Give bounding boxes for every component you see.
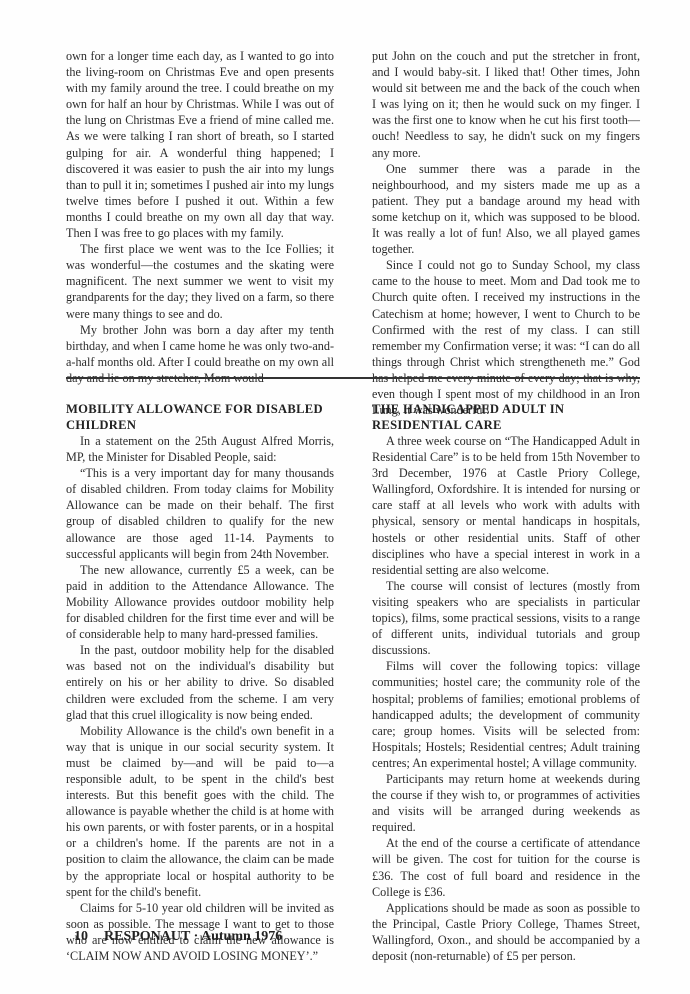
section-divider: [66, 377, 640, 379]
article-paragraph: “This is a very important day for many t…: [66, 465, 334, 562]
story-paragraph: Since I could not go to Sunday School, m…: [372, 257, 640, 418]
story-column-right: put John on the couch and put the stretc…: [372, 48, 640, 418]
page-footer: 10RESPONAUT · Autumn 1976: [74, 929, 282, 945]
article-paragraph: The new allowance, currently £5 a week, …: [66, 562, 334, 642]
article-heading: MOBILITY ALLOWANCE FOR DISABLED CHILDREN: [66, 401, 334, 433]
article-paragraph: At the end of the course a certificate o…: [372, 835, 640, 899]
article-paragraph: A three week course on “The Handicapped …: [372, 433, 640, 578]
article-paragraph: Mobility Allowance is the child's own be…: [66, 723, 334, 900]
page-number: 10: [74, 929, 104, 945]
article-paragraph: In a statement on the 25th August Alfred…: [66, 433, 334, 465]
story-paragraph: One summer there was a parade in the nei…: [372, 161, 640, 258]
article-paragraph: Applications should be made as soon as p…: [372, 900, 640, 964]
mobility-allowance-article: MOBILITY ALLOWANCE FOR DISABLED CHILDREN…: [66, 401, 334, 964]
story-column-left: own for a longer time each day, as I wan…: [66, 48, 334, 386]
story-paragraph: own for a longer time each day, as I wan…: [66, 48, 334, 241]
story-paragraph: The first place we went was to the Ice F…: [66, 241, 334, 321]
article-paragraph: Films will cover the following topics: v…: [372, 658, 640, 771]
publication-line: RESPONAUT · Autumn 1976: [104, 929, 282, 944]
story-paragraph: put John on the couch and put the stretc…: [372, 48, 640, 161]
article-paragraph: The course will consist of lectures (mos…: [372, 578, 640, 658]
article-paragraph: Participants may return home at weekends…: [372, 771, 640, 835]
article-heading: THE HANDICAPPED ADULT IN RESIDENTIAL CAR…: [372, 401, 640, 433]
magazine-page: own for a longer time each day, as I wan…: [0, 0, 690, 994]
residential-care-article: THE HANDICAPPED ADULT IN RESIDENTIAL CAR…: [372, 401, 640, 964]
article-paragraph: In the past, outdoor mobility help for t…: [66, 642, 334, 722]
